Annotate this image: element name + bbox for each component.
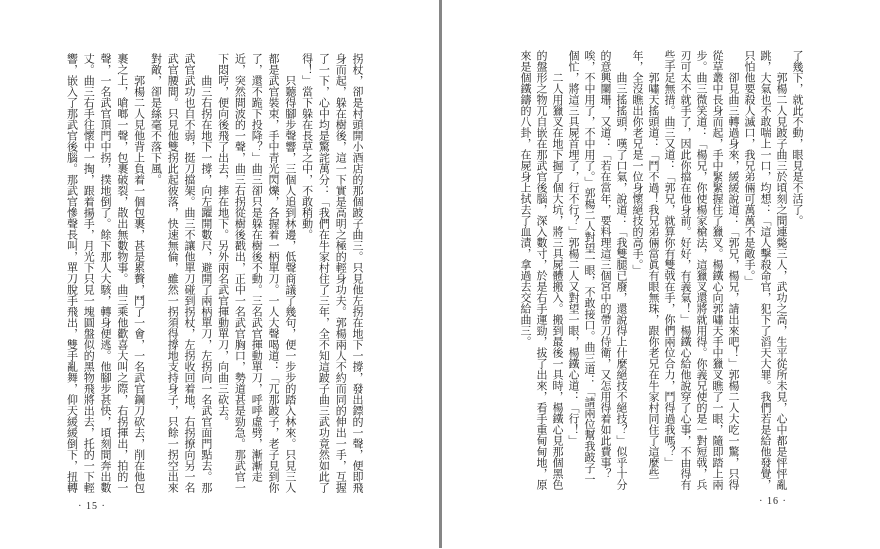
book-scan: 拐杖，卻是村頭開小酒店的那個跛子曲三。只見他左拐在地下一撐，發出鏢的一聲，便即飛… xyxy=(0,0,880,549)
text-column-16: 二人用獵叉在地下掘了個大坑，將三具屍體搬入。搬到最後一具時，楊鐵心見那個黑色 xyxy=(549,50,565,492)
text-column-13: 對敵，卻是絲毫不落下風。 xyxy=(147,53,164,495)
text-column-3: 跳，大氣也不敢喘上一口，均想：「這人擊殺命官，犯下了滔天大罪。我們若是給他發覺， xyxy=(757,50,773,492)
page-16-text-block: 了幾下，就此不動，眼見是不活了。 郭楊二人見跛子曲三於頃刻之間連斃三人，武功之高… xyxy=(517,50,805,492)
text-column-2: 身而起，躲在樹後，這一下實是高明之極的輕身功夫。郭楊兩人不約而同的伸出一手，互握 xyxy=(331,53,348,495)
text-column-10: 曲三右拐在地下一撐，向左躍開數尺，避開了兩柄單刀，左拐向一名武官面門點去。那 xyxy=(197,53,214,495)
text-column-8: 近，突然間波的一聲，曲三右拐從樹後戳出，正中一名武官胸口，勢道甚是勁急。那武官一 xyxy=(231,53,248,495)
text-column-16: 聲，一名武官頂門中拐，撲地倒了。餘下那人大駭，轉身便逃。他腳步甚快，頃刻間奔出數 xyxy=(96,53,113,495)
text-column-5: 卻見曲三轉過身來，緩緩說道：「郭兄，楊兄，請出來吧！」郭楊二人大吃一驚，只得 xyxy=(725,50,741,492)
text-column-18: 來是個鐵鑄的八卦，在屍身上拭去了血漬，拿過去交給曲三。 xyxy=(517,50,533,492)
text-column-17: 丈。曲三右手往懷中一掏，跟着揚手，月光下只見一塊圓盤似的黑物飛將出去，托的一下輕 xyxy=(79,53,96,495)
text-column-1: 拐杖，卻是村頭開小酒店的那個跛子曲三。只見他左拐在地下一撐，發出鏢的一聲，便即飛 xyxy=(348,53,365,495)
text-column-15: 個忙，將這三具屍首埋了，行不行？」郭楊二人又對望一眼，楊鐵心道：「行！」 xyxy=(565,50,581,492)
text-column-3: 了一下，心中均是驚詫萬分：「我們在牛家村住了三年，全不知這跛子曲三武功竟然如此了 xyxy=(315,53,332,495)
text-column-12: 曲三搖搖頭，嘆了口氣，說道：「我雙腿已廢，還說得上什麼絕技不絕技？」似乎十分 xyxy=(613,50,629,492)
text-column-7: 了，還不跪下投降？」曲三卻只是躲在樹後不動。三名武官揮動單刀，呼呼虛劈，漸漸走 xyxy=(247,53,264,495)
text-column-18: 響，嵌入了那武官後腦。那武官慘聲長叫，單刀脫手飛出，雙手亂舞，仰天緩緩倒下，扭轉 xyxy=(63,53,80,495)
text-column-1: 了幾下，就此不動，眼見是不活了。 xyxy=(789,50,805,492)
text-column-14: 郭楊二人見他背上負着一個包裹，甚是累贅，鬥了一會，一名武官鋼刀砍去，削在他包 xyxy=(130,53,147,495)
page-15-text-block: 拐杖，卻是村頭開小酒店的那個跛子曲三。只見他左拐在地下一撐，發出鏢的一聲，便即飛… xyxy=(62,53,365,495)
text-column-4: 只怕他要殺人滅口，我兄弟倆可萬萬不是敵手。」 xyxy=(741,50,757,492)
book-spine-divider xyxy=(439,0,442,548)
page-16-number: · 16 · xyxy=(745,496,801,507)
text-column-17: 的盤形之物兀自嵌在那武官後腦，深入數寸，於是右手運勁，拔了出來，看手重甸甸地，原 xyxy=(533,50,549,492)
text-column-5: 只聽得腳步聲響，三個人追到林邊，低聲商議了幾句，便一步步的踏入林來。只見三人 xyxy=(281,53,298,495)
page-15-number: · 15 · xyxy=(64,501,120,512)
text-column-6: 從草叢中長身而起，手中緊緊握住了獵叉。楊鐵心向郭嘯天手中獵叉瞧了一眼，隨即踏上兩 xyxy=(709,50,725,492)
text-column-10: 郭嘯天搖頭道：「鬥不過！我兄弟倆當眞有眼無珠，跟你老兄在牛家村同住了這麼些 xyxy=(645,50,661,492)
text-column-4: 得！」當下躲在長草之中，不敢稍動。 xyxy=(298,53,315,495)
text-column-14: 唉，不中用了，不中用了。」郭楊二人對望一眼，不敢接口。曲三道：「請兩位幫我跛子一 xyxy=(581,50,597,492)
text-column-11: 年，全沒瞧出你老兄是一位身懷絕技的高手。」 xyxy=(629,50,645,492)
text-column-13: 的意興闌珊，又道：「若在當年，要料理這三個宮中的帶刀侍衛，又怎用得着如此費事？ xyxy=(597,50,613,492)
text-column-11: 武官武功也自不弱，挺刀擋架。曲三不讓他單刀碰到拐杖，左拐收回着地，右拐撩向另一名 xyxy=(180,53,197,495)
text-column-12: 武官腰間。只見他雙拐此起彼落，快速無倫，雖然一拐須得撐地支持身子，只餘一拐空出來 xyxy=(163,53,180,495)
text-column-2: 郭楊二人見跛子曲三於頃刻之間連斃三人，武功之高，生平從所未見，心中都是怦怦亂 xyxy=(773,50,789,492)
text-column-7: 步。曲三微笑道：「楊兄，你使楊家槍法，這獵叉還將就用得。你義兄使的是一對短戟，兵 xyxy=(693,50,709,492)
text-column-9: 下悶哼，便向後飛了出去，摔在地下。另外兩名武官揮動單刀，向曲三砍去。 xyxy=(214,53,231,495)
text-column-9: 些手足無措。曲三又道：「郭兄，就算你有雙戟在手，你們兩位合力，鬥得過我嗎？」 xyxy=(661,50,677,492)
text-column-6: 都是武官裝束，手中青光閃爍，各握着一柄單刀。一人大聲喝道：「兀那跛子，老子見到你 xyxy=(264,53,281,495)
text-column-8: 刃可太不就手了，因此你擋在他身前。好好，有義氣！」楊鐵心給他說穿了心事，不由得有 xyxy=(677,50,693,492)
text-column-15: 裹之上，嗆啷一聲，包裹破裂，散出無數物事。曲三乘他歡喜大叫之際，右拐揮出，拍的一 xyxy=(113,53,130,495)
